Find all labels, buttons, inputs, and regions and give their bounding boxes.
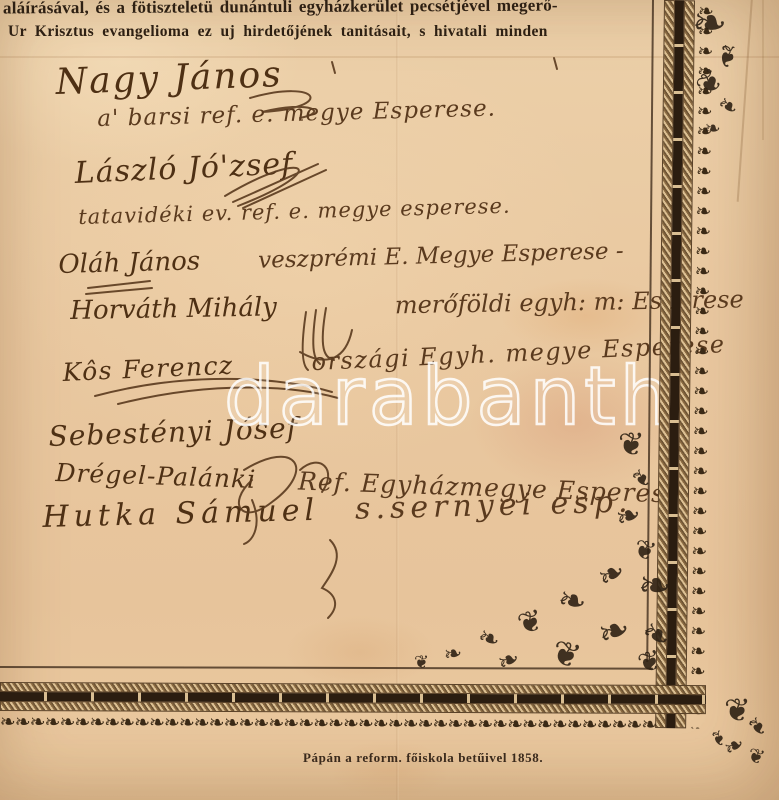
border-band-vertical: ❧❧❧❧❧❧❧❧❧❧❧❧❧❧❧❧❧❧❧❧❧❧❧❧❧❧❧❧❧❧❧❧❧❧❧❧❧❧ bbox=[655, 0, 719, 729]
signature-hutka-samuel: Hutka Sámuel bbox=[42, 493, 320, 535]
signature-nagy-janos: Nagy János bbox=[55, 54, 283, 103]
signature-name: Nagy János bbox=[55, 54, 283, 103]
printer-imprint: Pápán a reform. főiskola betűivel 1858. bbox=[303, 750, 543, 766]
scroll-strip: ❧❧❧❧❧❧❧❧❧❧❧❧❧❧❧❧❧❧❧❧❧❧❧❧❧❧❧❧❧❧❧❧❧❧❧❧❧❧❧❧… bbox=[0, 711, 706, 738]
signature-olah-janos: Oláh János bbox=[58, 246, 201, 280]
signature-title: s.sernyei esp. bbox=[355, 485, 633, 527]
signature-horvath-mihaly: Horváth Mihály bbox=[70, 292, 277, 326]
printed-text-line1: aláírásával, és a fötiszteletü dunántuli… bbox=[3, 0, 558, 18]
border-band-horizontal: ❧❧❧❧❧❧❧❧❧❧❧❧❧❧❧❧❧❧❧❧❧❧❧❧❧❧❧❧❧❧❧❧❧❧❧❧❧❧❧❧… bbox=[0, 682, 706, 738]
printed-text-line2: Ur Krisztus evangelioma ez uj hirdetőjén… bbox=[8, 23, 548, 41]
